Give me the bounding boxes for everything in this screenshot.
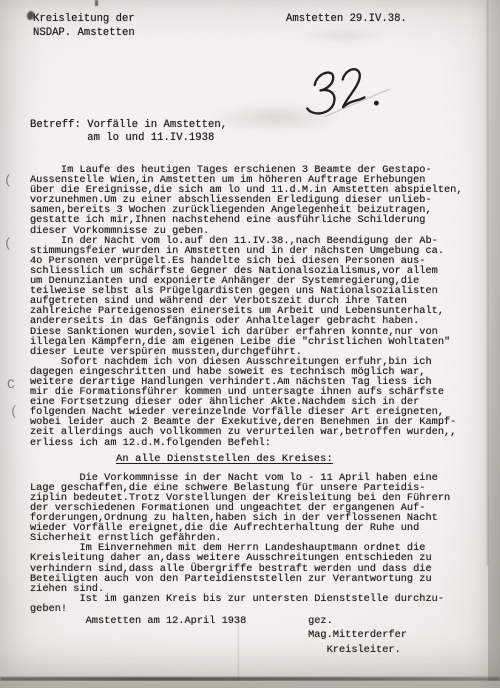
margin-mark: ( xyxy=(4,173,12,188)
paragraph-2: In der Nacht vom lo.auf den 11.IV.38.,na… xyxy=(30,236,484,357)
handwritten-mark xyxy=(290,51,409,126)
paragraph-5: Im Einvernehmen mit dem Herrn Landeshaup… xyxy=(30,543,484,593)
letter-body: Im Laufe des heutigen Tages erschienen 3… xyxy=(30,165,484,657)
faint-smudge xyxy=(300,28,390,44)
margin-mark: ( xyxy=(4,236,12,251)
subject-line: Betreff: Vorfälle in Amstetten, am lo un… xyxy=(30,119,227,144)
paragraph-3: Sofort nachdem ich von diesen Ausschreit… xyxy=(30,357,484,448)
margin-mark: ( xyxy=(10,404,18,419)
paragraph-6: Ist im ganzen Kreis bis zur untersten Di… xyxy=(30,594,484,614)
paragraph-1: Im Laufe des heutigen Tages erschienen 3… xyxy=(30,165,484,236)
scanned-document-page: Kreisleitung der NSDAP. Amstetten Amstet… xyxy=(0,0,500,688)
dateline: Amstetten 29.IV.38. xyxy=(286,13,407,25)
order-heading: An alle Dienststellen des Kreises: xyxy=(116,454,484,464)
page-right-edge-shadow xyxy=(488,0,500,688)
top-edge-mark-artifact xyxy=(95,0,98,6)
letterhead: Kreisleitung der NSDAP. Amstetten xyxy=(33,13,135,40)
letterhead-line2: NSDAP. Amstetten xyxy=(33,27,135,41)
paragraph-4: Die Vorkommnisse in der Nacht vom lo - 1… xyxy=(30,473,484,544)
letterhead-line1: Kreisleitung der xyxy=(33,13,135,27)
margin-mark: C xyxy=(7,377,15,392)
backing-surface xyxy=(0,681,500,688)
signature-block: Amstetten am 12.April 1938 gez. Mag.Mitt… xyxy=(30,614,484,657)
